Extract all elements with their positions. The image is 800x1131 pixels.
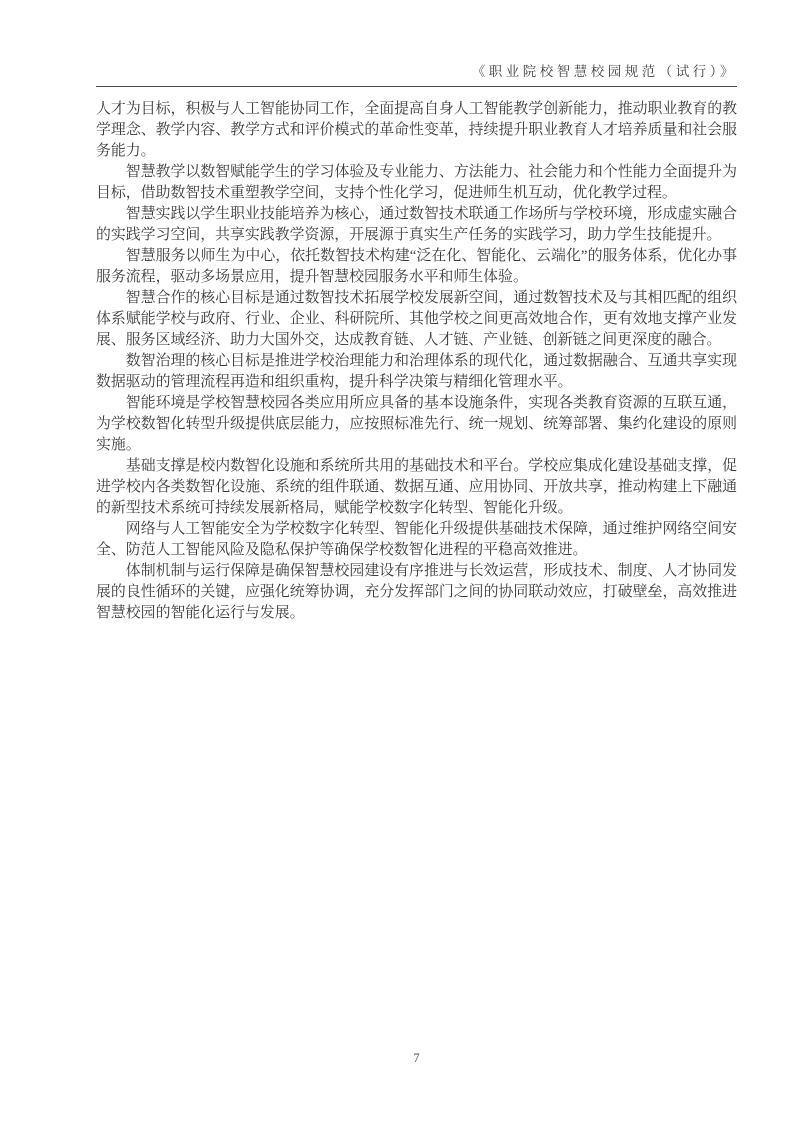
- document-page: 《职业院校智慧校园规范（试行）》 人才为目标，积极与人工智能协同工作，全面提高自…: [0, 0, 800, 1131]
- paragraph: 人才为目标，积极与人工智能协同工作，全面提高自身人工智能教学创新能力，推动职业教…: [96, 99, 737, 162]
- paragraph: 智慧服务以师生为中心，依托数智技术构建“泛在化、智能化、云端化”的服务体系，优化…: [96, 246, 737, 288]
- paragraph: 智慧合作的核心目标是通过数智技术拓展学校发展新空间，通过数智技术及与其相匹配的组…: [96, 288, 737, 351]
- running-header-title: 《职业院校智慧校园规范（试行）》: [472, 64, 737, 79]
- paragraph: 智慧教学以数智赋能学生的学习体验及专业能力、方法能力、社会能力和个性能力全面提升…: [96, 162, 737, 204]
- paragraph: 智能环境是学校智慧校园各类应用所应具备的基本设施条件，实现各类教育资源的互联互通…: [96, 393, 737, 456]
- paragraph: 网络与人工智能安全为学校数字化转型、智能化升级提供基础技术保障，通过维护网络空间…: [96, 519, 737, 561]
- paragraph: 数智治理的核心目标是推进学校治理能力和治理体系的现代化，通过数据融合、互通共享实…: [96, 351, 737, 393]
- page-footer: 7: [96, 1051, 737, 1066]
- paragraph: 体制机制与运行保障是确保智慧校园建设有序推进与长效运营，形成技术、制度、人才协同…: [96, 561, 737, 624]
- paragraph: 基础支撑是校内数智化设施和系统所共用的基础技术和平台。学校应集成化建设基础支撑，…: [96, 456, 737, 519]
- paragraph: 智慧实践以学生职业技能培养为核心，通过数智技术联通工作场所与学校环境，形成虚实融…: [96, 204, 737, 246]
- page-header: 《职业院校智慧校园规范（试行）》: [96, 60, 737, 87]
- document-body: 人才为目标，积极与人工智能协同工作，全面提高自身人工智能教学创新能力，推动职业教…: [96, 99, 737, 624]
- page-number: 7: [413, 1051, 419, 1065]
